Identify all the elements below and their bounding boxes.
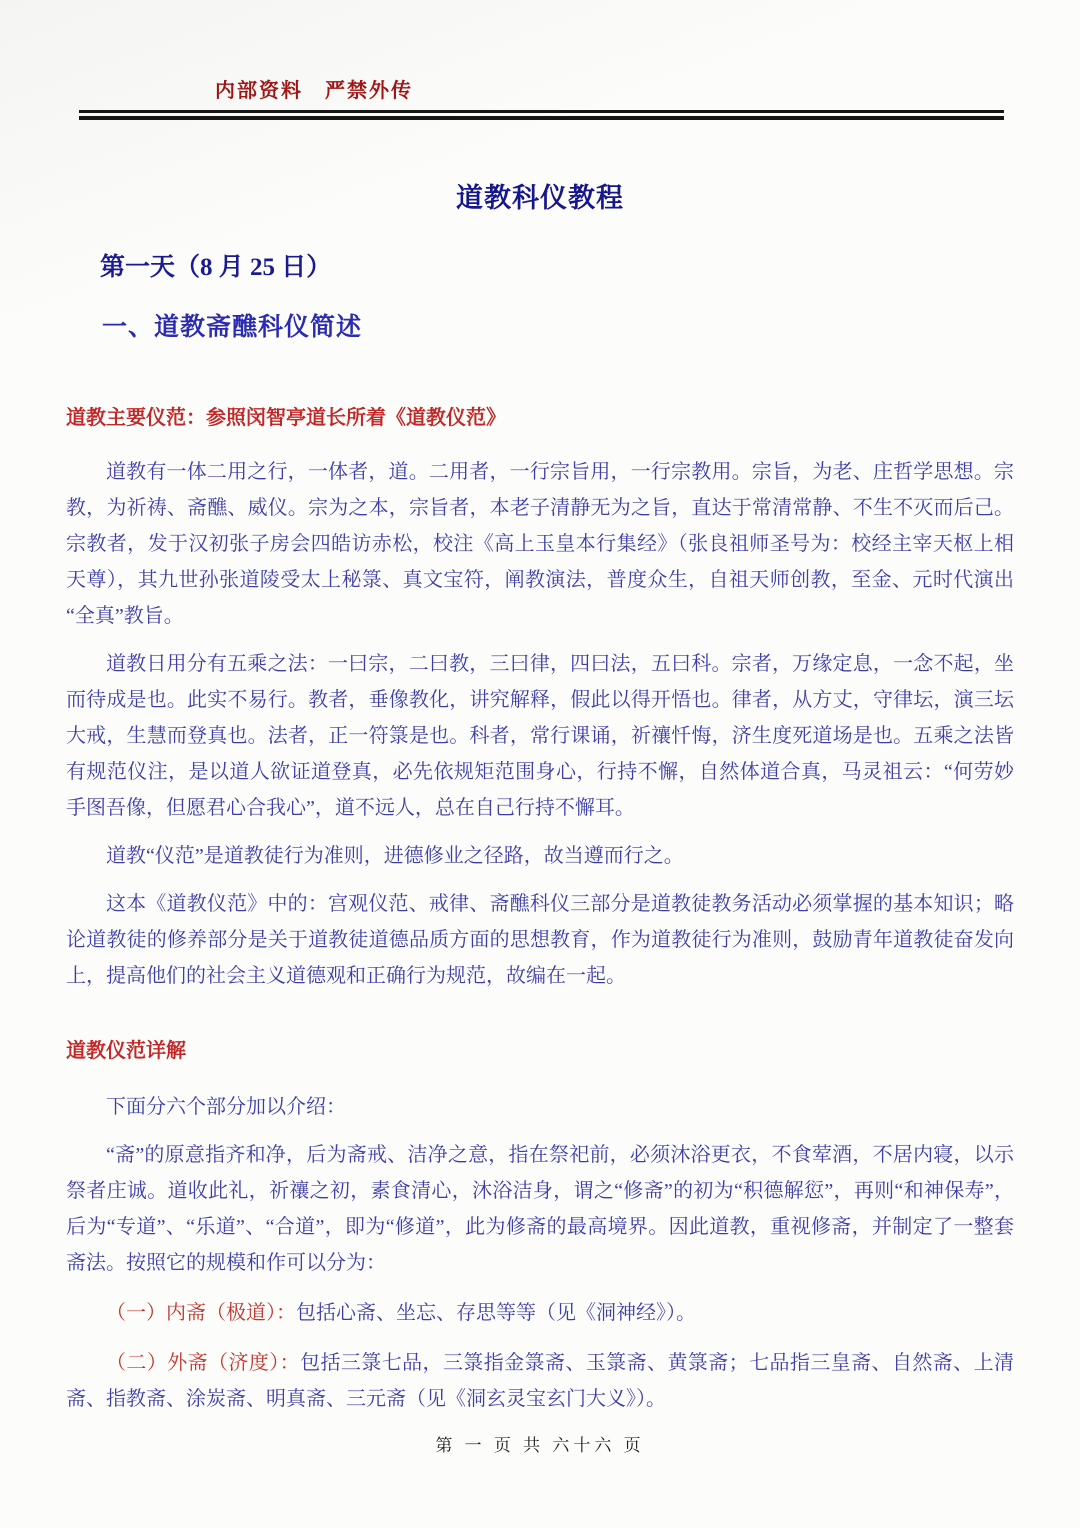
divider-line-top (79, 110, 1004, 113)
paragraph: 这本《道教仪范》中的：宫观仪范、戒律、斋醮科仪三部分是道教徒教务活动必须掌握的基… (66, 886, 1014, 994)
page-header: 内部资料 严禁外传 (0, 0, 1080, 120)
red-heading: 道教仪范详解 (66, 1034, 1014, 1063)
zhai-paragraph: “斋”的原意指齐和净，后为斋戒、洁净之意，指在祭祀前，必须沐浴更衣，不食荤酒，不… (66, 1137, 1014, 1281)
document-page: 内部资料 严禁外传 道教科仪教程 第一天（8 月 25 日） 一、道教斋醮科仪简… (0, 0, 1080, 1528)
page-title: 道教科仪教程 (66, 176, 1014, 215)
list-item: （二）外斋（济度）：包括三箓七品，三箓指金箓斋、玉箓斋、黄箓斋；七品指三皇斋、自… (66, 1345, 1014, 1417)
list-item-label: （二）外斋（济度）： (106, 1352, 300, 1374)
red-subtitle: 道教主要仪范：参照闵智亭道长所着《道教仪范》 (66, 401, 1014, 430)
list-item-label: （一）内斋（极道）： (106, 1302, 296, 1324)
paragraph: 道教日用分有五乘之法：一曰宗，二曰教，三曰律，四曰法，五曰科。宗者，万缘定息，一… (66, 646, 1014, 826)
intro-line: 下面分六个部分加以介绍： (66, 1089, 1014, 1125)
list-item-text: 包括心斋、坐忘、存思等等（见《洞神经》）。 (296, 1302, 696, 1324)
confidential-notice: 内部资料 严禁外传 (215, 74, 1080, 103)
header-divider (79, 110, 1004, 120)
document-body: 道教科仪教程 第一天（8 月 25 日） 一、道教斋醮科仪简述 道教主要仪范：参… (0, 176, 1080, 1456)
list-item: （一）内斋（极道）：包括心斋、坐忘、存思等等（见《洞神经》）。 (66, 1295, 1014, 1331)
paragraph: 道教“仪范”是道教徒行为准则，进德修业之径路，故当遵而行之。 (66, 838, 1014, 874)
footer-page-number: 第 一 页 共 六十六 页 (66, 1431, 1014, 1456)
paragraph: 道教有一体二用之行，一体者，道。二用者，一行宗旨用，一行宗教用。宗旨，为老、庄哲… (66, 454, 1014, 634)
day-heading: 第一天（8 月 25 日） (100, 247, 1014, 283)
section-heading: 一、道教斋醮科仪简述 (102, 307, 1014, 343)
divider-line-bottom (79, 116, 1004, 120)
